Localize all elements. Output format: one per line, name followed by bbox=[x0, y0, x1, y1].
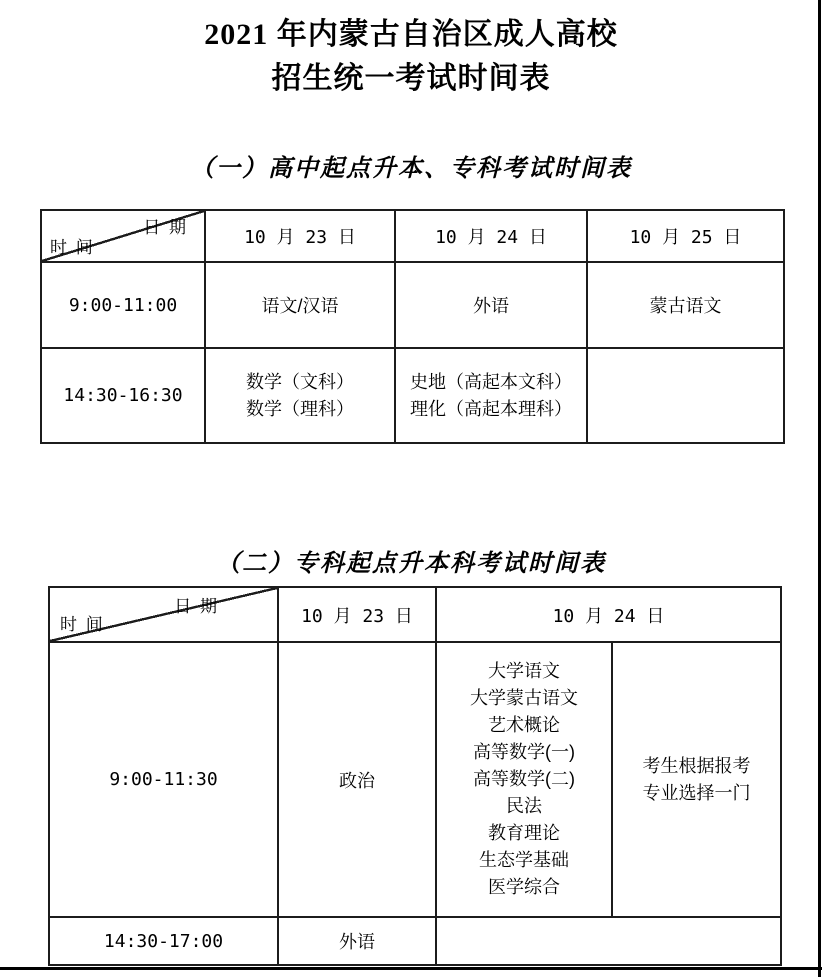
time-cell: 9:00-11:30 bbox=[49, 642, 278, 917]
table1-col-header-oct25: 10 月 25 日 bbox=[587, 210, 784, 262]
table1-col-header-oct24: 10 月 24 日 bbox=[395, 210, 587, 262]
corner-time-label: 时 间 bbox=[50, 233, 95, 258]
exam-table-2: 日 期 时 间 10 月 23 日 10 月 24 日 9:00-11:30 政… bbox=[48, 586, 782, 966]
title-line-2: 招生统一考试时间表 bbox=[0, 57, 822, 101]
subject-cell: 政治 bbox=[278, 642, 436, 917]
table1-corner-cell: 日 期 时 间 bbox=[41, 210, 205, 262]
title-line-1: 2021 年内蒙古自治区成人高校 bbox=[0, 13, 822, 57]
table2-col-header-oct24: 10 月 24 日 bbox=[436, 587, 781, 642]
page-right-border bbox=[818, 0, 821, 977]
document-page: 2021 年内蒙古自治区成人高校 招生统一考试时间表 （一）高中起点升本、专科考… bbox=[0, 0, 822, 977]
time-cell: 14:30-17:00 bbox=[49, 917, 278, 965]
time-cell: 14:30-16:30 bbox=[41, 348, 205, 443]
subject-cell: 数学（文科） 数学（理科） bbox=[205, 348, 395, 443]
table1-header-row: 日 期 时 间 10 月 23 日 10 月 24 日 10 月 25 日 bbox=[41, 210, 784, 262]
exam-table-1: 日 期 时 间 10 月 23 日 10 月 24 日 10 月 25 日 9:… bbox=[40, 209, 785, 444]
subject-cell: 外语 bbox=[395, 262, 587, 348]
subject-cell: 史地（高起本文科） 理化（高起本理科） bbox=[395, 348, 587, 443]
page-bottom-border bbox=[0, 967, 822, 970]
empty-cell bbox=[436, 917, 781, 965]
table2-col-header-oct23: 10 月 23 日 bbox=[278, 587, 436, 642]
note-cell: 考生根据报考 专业选择一门 bbox=[612, 642, 781, 917]
subjects-list-cell: 大学语文 大学蒙古语文 艺术概论 高等数学(一) 高等数学(二) 民法 教育理论… bbox=[436, 642, 612, 917]
subject-cell: 语文/汉语 bbox=[205, 262, 395, 348]
table1-row-morning: 9:00-11:00 语文/汉语 外语 蒙古语文 bbox=[41, 262, 784, 348]
subject-cell: 外语 bbox=[278, 917, 436, 965]
corner-time-label: 时 间 bbox=[60, 610, 105, 635]
subject-cell: 蒙古语文 bbox=[587, 262, 784, 348]
empty-cell bbox=[587, 348, 784, 443]
section-1-heading: （一）高中起点升本、专科考试时间表 bbox=[0, 154, 822, 184]
section-2-heading: （二）专科起点升本科考试时间表 bbox=[0, 549, 822, 579]
corner-date-label: 日 期 bbox=[174, 592, 219, 617]
table2-corner-cell: 日 期 时 间 bbox=[49, 587, 278, 642]
table2-row-afternoon: 14:30-17:00 外语 bbox=[49, 917, 781, 965]
time-cell: 9:00-11:00 bbox=[41, 262, 205, 348]
table1-col-header-oct23: 10 月 23 日 bbox=[205, 210, 395, 262]
table2-row-morning: 9:00-11:30 政治 大学语文 大学蒙古语文 艺术概论 高等数学(一) 高… bbox=[49, 642, 781, 917]
page-title: 2021 年内蒙古自治区成人高校 招生统一考试时间表 bbox=[0, 0, 822, 101]
table1-row-afternoon: 14:30-16:30 数学（文科） 数学（理科） 史地（高起本文科） 理化（高… bbox=[41, 348, 784, 443]
corner-date-label: 日 期 bbox=[143, 213, 188, 238]
table2-header-row: 日 期 时 间 10 月 23 日 10 月 24 日 bbox=[49, 587, 781, 642]
